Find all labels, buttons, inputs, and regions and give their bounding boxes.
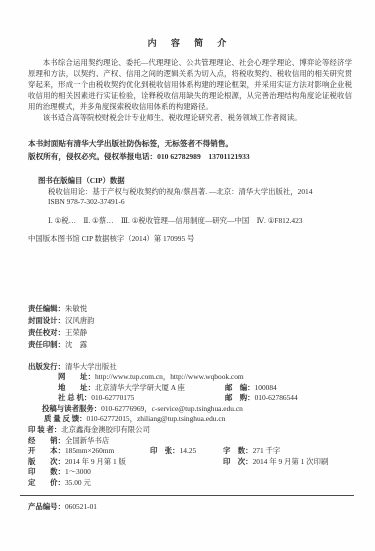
cip-record-number-line: 中国版本图书馆 CIP 数据核字（2014）第 170995 号 (28, 234, 352, 245)
publisher-label: 出版发行： (28, 362, 65, 371)
staff-value: 朱敏悦 (65, 304, 87, 313)
address-label: 地 址： (58, 383, 95, 392)
cip-data-block: 图书在版编目（CIP）数据 税收信用论：基于产权与税收契约的视角/蔡昌著. —北… (28, 176, 352, 245)
switchboard-row: 社 总 机：010-62770175邮 购：010-62786544 (58, 393, 352, 404)
staff-row-print-supervisor: 责任印制：沈 露 (28, 339, 352, 351)
staff-row-proofreader: 责任校对：王荣静 (28, 327, 352, 339)
switchboard-label: 社 总 机： (58, 393, 91, 402)
reader-service-value: 010-62776969，c-service@tup.tsinghua.edu.… (101, 404, 243, 413)
edition-label: 版 次： (28, 457, 65, 466)
zip-value: 100084 (255, 383, 277, 392)
cip-isbn: ISBN 978-7-302-37491-6 (48, 197, 352, 208)
address-value: 北京清华大学学研大厦 A 座 (95, 383, 185, 392)
word-count-value: 271 千字 (253, 446, 281, 455)
publisher-value: 清华大学出版社 (65, 362, 117, 371)
printer-label: 印 装 者： (28, 425, 61, 434)
format-label: 开 本： (28, 446, 65, 455)
print-run-label: 印 数： (28, 467, 65, 476)
website-row: 网 址：http://www.tup.com.cn，http://www.wqb… (58, 372, 352, 383)
copyright-hotline-line: 版权所有，侵权必究。侵权举报电话：010 62782989 1370112193… (28, 151, 352, 164)
website-label: 网 址： (58, 372, 95, 381)
mail-order-label: 邮 购： (225, 393, 255, 402)
address-row: 地 址：北京清华大学学研大厦 A 座邮 编：100084 (58, 383, 352, 394)
print-run-value: 1～3000 (65, 467, 91, 476)
staff-value: 王荣静 (65, 328, 87, 337)
price-value: 35.00 元 (65, 478, 91, 487)
distributor-value: 全国新华书店 (65, 436, 109, 445)
distributor-row: 经 销：全国新华书店 (28, 436, 352, 447)
staff-label: 封面设计： (28, 316, 65, 325)
quality-feedback-row: 质 量 反 馈：010-62772015，zhiliang@tup.tsingh… (44, 414, 352, 425)
quality-feedback-label: 质 量 反 馈： (44, 414, 87, 423)
format-row: 开 本：185mm×260mm印 张：14.25字 数：271 千字 (28, 446, 352, 457)
staff-label: 责任编辑： (28, 304, 65, 313)
impression-label: 印 次： (223, 457, 253, 466)
publisher-row: 出版发行：清华大学出版社 (28, 362, 352, 373)
cip-title-line: 税收信用论：基于产权与税收契约的视角/蔡昌著. —北京：清华大学出版社，2014 (48, 187, 352, 198)
sheets-label: 印 张： (150, 446, 180, 455)
staff-value: 汉风唐韵 (65, 316, 95, 325)
footer-divider (20, 495, 354, 496)
copyright-page: 内 容 简 介 本书综合运用契约理论、委托—代理理论、公共管理理论、社会心理学理… (0, 0, 375, 551)
product-number-label: 产品编号： (28, 502, 65, 511)
product-number-row: 产品编号：060521-01 (28, 501, 352, 512)
intro-paragraph-1: 本书综合运用契约理论、委托—代理理论、公共管理理论、社会心理学理论、博弈论等经济… (28, 57, 352, 112)
reader-service-label: 投稿与读者服务： (42, 404, 101, 413)
quality-feedback-value: 010-62772015，zhiliang@tup.tsinghua.edu.c… (87, 414, 226, 423)
cip-classification-line: Ⅰ. ①税… Ⅱ. ①蔡… Ⅲ. ①税收管理—信用制度—研究—中国 Ⅳ. ①F8… (48, 216, 352, 227)
impression-value: 2014 年 9 月第 1 次印刷 (253, 457, 329, 466)
edition-value: 2014 年 9 月第 1 版 (65, 457, 126, 466)
staff-credits-block: 责任编辑：朱敏悦 封面设计：汉风唐韵 责任校对：王荣静 责任印制：沈 露 (28, 303, 352, 351)
website-value: http://www.tup.com.cn，http://www.wqbook.… (95, 372, 244, 381)
price-label: 定 价： (28, 478, 65, 487)
anti-piracy-line: 本书封面贴有清华大学出版社防伪标签，无标签者不得销售。 (28, 138, 352, 151)
cip-header: 图书在版编目（CIP）数据 (38, 176, 352, 187)
format-value: 185mm×260mm (65, 446, 114, 455)
print-run-row: 印 数：1～3000 (28, 467, 352, 478)
staff-row-editor: 责任编辑：朱敏悦 (28, 303, 352, 315)
distributor-label: 经 销： (28, 436, 65, 445)
zip-label: 邮 编： (225, 383, 255, 392)
edition-row: 版 次：2014 年 9 月第 1 版印 次：2014 年 9 月第 1 次印刷 (28, 457, 352, 468)
staff-label: 责任印制： (28, 340, 65, 349)
staff-value: 沈 露 (65, 340, 87, 349)
staff-row-cover-design: 封面设计：汉风唐韵 (28, 315, 352, 327)
printer-value: 北京鑫海金澳胶印有限公司 (61, 425, 150, 434)
price-row: 定 价：35.00 元 (28, 478, 352, 489)
word-count-label: 字 数： (223, 446, 253, 455)
printer-row: 印 装 者：北京鑫海金澳胶印有限公司 (28, 425, 352, 436)
staff-label: 责任校对： (28, 328, 65, 337)
reader-service-row: 投稿与读者服务：010-62776969，c-service@tup.tsing… (42, 404, 352, 415)
anti-piracy-notice: 本书封面贴有清华大学出版社防伪标签，无标签者不得销售。 版权所有，侵权必究。侵权… (28, 138, 352, 163)
intro-paragraph-2: 该书适合高等院校财税会计专业师生、税收理论研究者、税务领域工作者阅读。 (28, 112, 352, 123)
product-number-value: 060521-01 (65, 502, 97, 511)
colophon-block: 出版发行：清华大学出版社 网 址：http://www.tup.com.cn，h… (28, 362, 352, 489)
sheets-value: 14.25 (180, 446, 197, 455)
switchboard-value: 010-62770175 (91, 393, 134, 402)
mail-order-value: 010-62786544 (255, 393, 298, 402)
intro-title: 内 容 简 介 (28, 36, 352, 49)
